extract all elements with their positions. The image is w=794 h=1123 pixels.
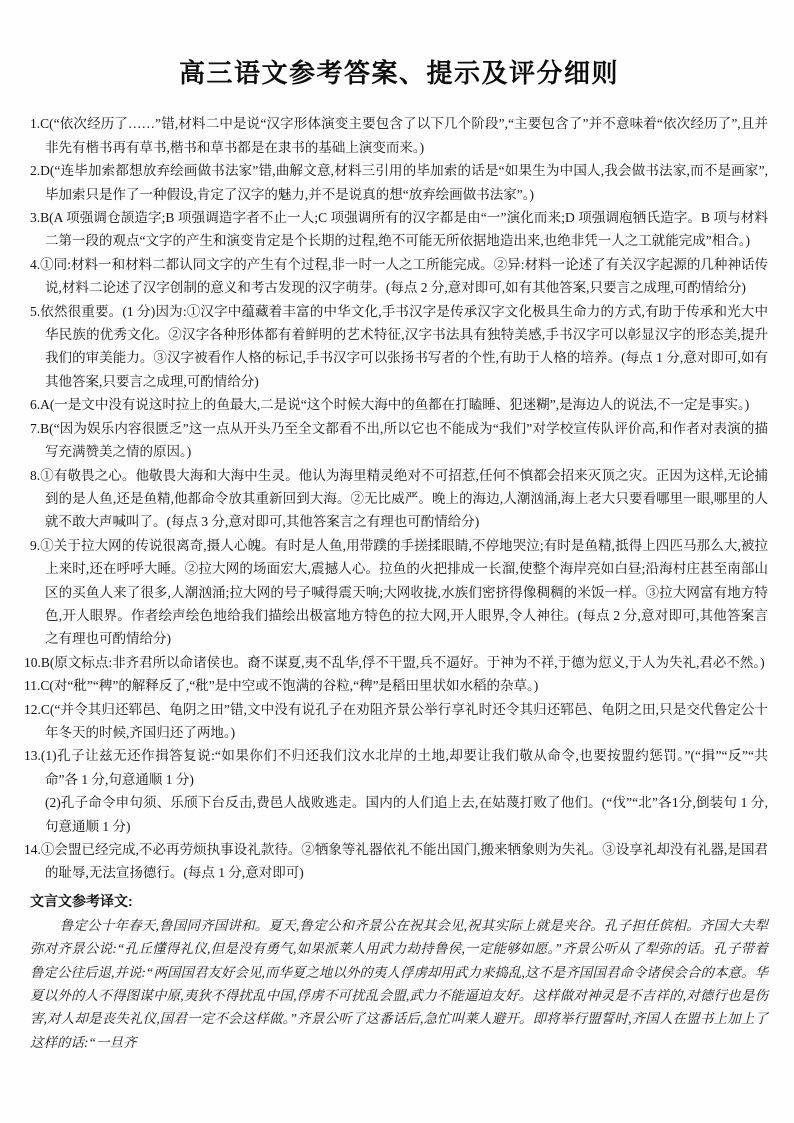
answer-item-12: 12.C(“并令其归还郓邑、龟阴之田”错,文中没有说孔子在劝阻齐景公举行享礼时还… (30, 698, 768, 745)
answer-text: D(“连毕加索都想放弃绘画做书法家”错,曲解文意,材料三引用的毕加索的话是“如果… (40, 163, 768, 201)
answer-text: A(一是文中没有说这时拉上的鱼最大,二是说“这个时候大海中的鱼都在打瞌睡、犯迷糊… (40, 397, 749, 412)
answer-number: 3. (30, 210, 40, 225)
answer-text: ①有敬畏之心。他敬畏大海和大海中生灵。他认为海里精灵绝对不可招惹,任何不慎都会招… (40, 468, 768, 530)
answers-list: 1.C(“依次经历了……”错,材料二中是说“汉字形体演变主要包含了以下几个阶段”… (30, 112, 768, 884)
answer-number: 9. (30, 538, 40, 553)
answer-number: 1. (30, 116, 40, 131)
answer-item-5: 5.依然很重要。(1 分)因为:①汉字中蕴藏着丰富的中华文化,手书汉字是传承汉字… (30, 300, 768, 394)
answer-text: C(对“秕”“稗”的解释反了,“秕”是中空或不饱满的谷粒,“稗”是稻田里状如水稻… (40, 678, 538, 693)
answer-number: 12. (24, 702, 41, 717)
answer-number: 6. (30, 397, 40, 412)
answer-text: C(“依次经历了……”错,材料二中是说“汉字形体演变主要包含了以下几个阶段”,“… (40, 116, 768, 154)
answer-item-9: 9.①关于拉大网的传说很离奇,摄人心魄。有时是人鱼,用带蹼的手搓揉眼睛,不停地哭… (30, 534, 768, 651)
answer-text: B(“因为娱乐内容很匮乏”这一点从开头乃至全文都看不出,所以它也不能成为“我们”… (40, 421, 768, 459)
page-title: 高三语文参考答案、提示及评分细则 (30, 62, 768, 85)
answer-number: 14. (24, 842, 41, 857)
answer-number: 4. (30, 257, 40, 272)
answer-text: (2)孔子命令申句须、乐颀下台反击,费邑人战败逃走。国内的人们追上去,在姑蔑打败… (45, 795, 768, 833)
answer-item-6: 6.A(一是文中没有说这时拉上的鱼最大,二是说“这个时候大海中的鱼都在打瞌睡、犯… (30, 393, 768, 416)
answer-text: B(原文标点:非齐君所以命诸侯也。裔不谋夏,夷不乱华,俘不干盟,兵不逼好。于神为… (41, 655, 765, 670)
answer-number: 5. (30, 304, 40, 319)
translation-paragraph: 鲁定公十年春天,鲁国同齐国讲和。夏天,鲁定公和齐景公在祝其会见,祝其实际上就是夹… (30, 914, 768, 1054)
answer-text: ①会盟已经完成,不必再劳烦执事设礼款待。②牺象等礼器依礼不能出国门,搬来牺象则为… (41, 842, 768, 880)
answer-text: C(“并令其归还郓邑、龟阴之田”错,文中没有说孔子在劝阻齐景公举行享礼时还令其归… (41, 702, 768, 740)
answer-text: ①关于拉大网的传说很离奇,摄人心魄。有时是人鱼,用带蹼的手搓揉眼睛,不停地哭泣;… (40, 538, 768, 647)
answer-number: 13. (24, 748, 41, 763)
answer-item-13-part1: 13.(1)孔子让兹无还作揖答复说:“如果你们不归还我们汶水北岸的土地,却要让我… (30, 744, 768, 791)
answer-item-4: 4.①同:材料一和材料二都认同文字的产生有个过程,非一时一人之工所能完成。②异:… (30, 253, 768, 300)
document-page: 高三语文参考答案、提示及评分细则 1.C(“依次经历了……”错,材料二中是说“汉… (0, 0, 794, 1123)
translation-heading: 文言文参考译文: (30, 888, 768, 914)
answer-text: B(A 项强调仓颉造字;B 项强调造字者不止一人;C 项强调所有的汉字都是由“一… (40, 210, 768, 248)
answer-item-11: 11.C(对“秕”“稗”的解释反了,“秕”是中空或不饱满的谷粒,“稗”是稻田里状… (30, 674, 768, 697)
answer-number: 2. (30, 163, 40, 178)
answer-text: (1)孔子让兹无还作揖答复说:“如果你们不归还我们汶水北岸的土地,却要让我们敬从… (41, 748, 768, 786)
answer-text: 依然很重要。(1 分)因为:①汉字中蕴藏着丰富的中华文化,手书汉字是传承汉字文化… (40, 304, 768, 389)
answer-number: 11. (24, 678, 40, 693)
answer-item-1: 1.C(“依次经历了……”错,材料二中是说“汉字形体演变主要包含了以下几个阶段”… (30, 112, 768, 159)
answer-item-8: 8.①有敬畏之心。他敬畏大海和大海中生灵。他认为海里精灵绝对不可招惹,任何不慎都… (30, 464, 768, 534)
answer-item-7: 7.B(“因为娱乐内容很匮乏”这一点从开头乃至全文都看不出,所以它也不能成为“我… (30, 417, 768, 464)
answer-item-10: 10.B(原文标点:非齐君所以命诸侯也。裔不谋夏,夷不乱华,俘不干盟,兵不逼好。… (30, 651, 768, 674)
answer-text: ①同:材料一和材料二都认同文字的产生有个过程,非一时一人之工所能完成。②异:材料… (40, 257, 768, 295)
answer-item-3: 3.B(A 项强调仓颉造字;B 项强调造字者不止一人;C 项强调所有的汉字都是由… (30, 206, 768, 253)
answer-number: 7. (30, 421, 40, 436)
answer-number: 8. (30, 468, 40, 483)
answer-item-14: 14.①会盟已经完成,不必再劳烦执事设礼款待。②牺象等礼器依礼不能出国门,搬来牺… (30, 838, 768, 885)
answer-number: 10. (24, 655, 41, 670)
answer-item-2: 2.D(“连毕加索都想放弃绘画做书法家”错,曲解文意,材料三引用的毕加索的话是“… (30, 159, 768, 206)
answer-item-13-part2: (2)孔子命令申句须、乐颀下台反击,费邑人战败逃走。国内的人们追上去,在姑蔑打败… (30, 791, 768, 838)
